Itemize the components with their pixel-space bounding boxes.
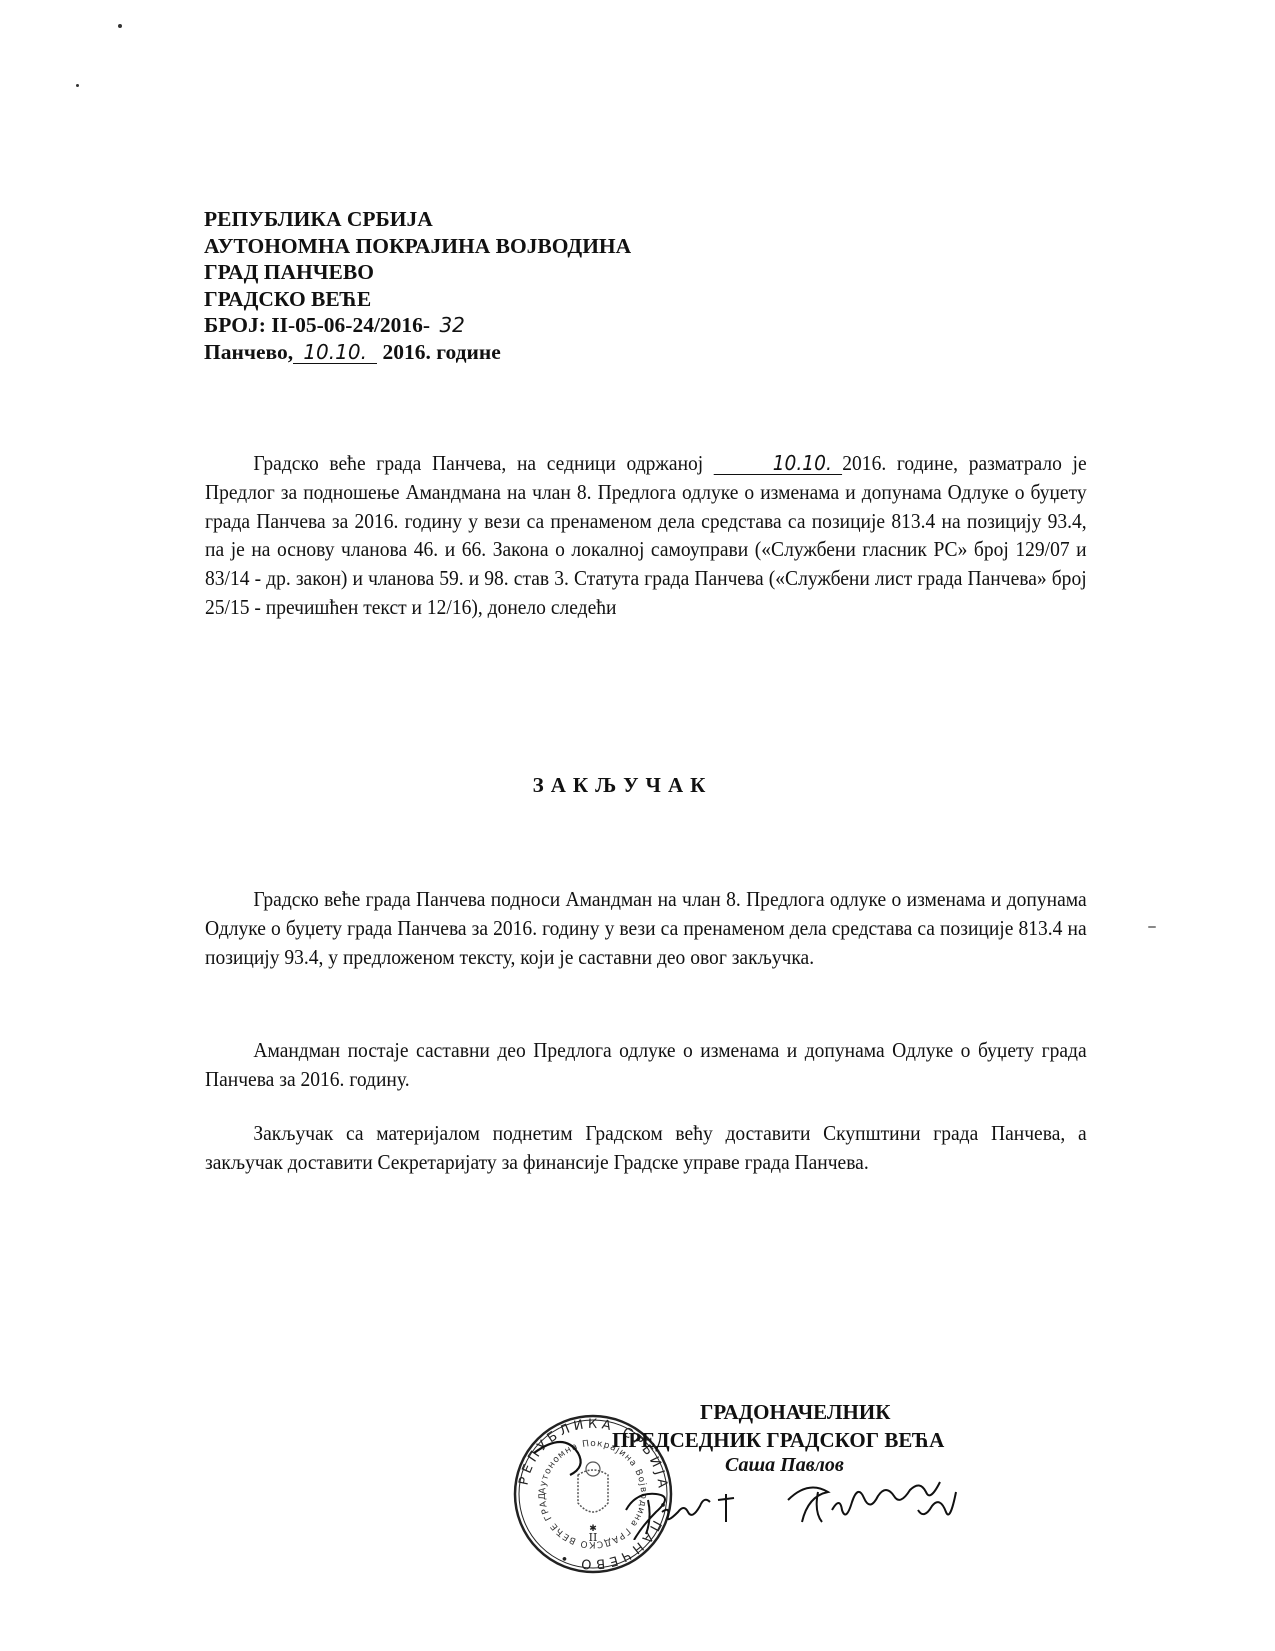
document-number-label: БРОЈ: II-05-06-24/2016- <box>204 313 430 337</box>
document-place-date: Панчево,10.10. 2016. године <box>204 339 631 366</box>
decision-title-text: ЗАКЉУЧАК <box>533 773 713 797</box>
header-line-city: ГРАД ПАНЧЕВО <box>204 259 631 286</box>
date-handwritten: 10.10. <box>293 341 377 364</box>
document-header: РЕПУБЛИКА СРБИЈА АУТОНОМНА ПОКРАЈИНА ВОЈ… <box>204 206 631 366</box>
amendment-paragraph-text: Амандман постаје саставни део Предлога о… <box>205 1036 1087 1094</box>
decision-paragraph-text: Градско веће града Панчева подноси Аманд… <box>205 885 1087 971</box>
document-number: БРОЈ: II-05-06-24/2016- 32 <box>204 312 631 339</box>
amendment-paragraph: Амандман постаје саставни део Предлога о… <box>205 1036 1087 1094</box>
date-suffix: 2016. године <box>383 340 501 364</box>
scan-speck <box>1148 926 1156 928</box>
document-number-handwritten: 32 <box>439 312 464 339</box>
decision-title: ЗАКЉУЧАК <box>0 773 1275 798</box>
header-line-province: АУТОНОМНА ПОКРАЈИНА ВОЈВОДИНА <box>204 233 631 260</box>
delivery-paragraph-text: Закључак са материјалом поднетим Градско… <box>205 1119 1087 1177</box>
preamble-text-rest: 2016. године, разматрало је Предлог за п… <box>205 451 1087 619</box>
preamble-text-start: Градско веће града Панчева, на седници о… <box>253 451 703 475</box>
session-date-handwritten: 10.10. <box>714 452 842 475</box>
mayor-title: ГРАДОНАЧЕЛНИК <box>700 1400 890 1425</box>
handwritten-signature-icon <box>618 1470 998 1540</box>
header-line-council: ГРАДСКО ВЕЋЕ <box>204 286 631 313</box>
delivery-paragraph: Закључак са материјалом поднетим Градско… <box>205 1119 1087 1177</box>
preamble-paragraph: Градско веће града Панчева, на седници о… <box>205 449 1087 622</box>
header-line-republic: РЕПУБЛИКА СРБИЈА <box>204 206 631 233</box>
decision-paragraph: Градско веће града Панчева подноси Аманд… <box>205 885 1087 971</box>
scan-speck <box>76 84 79 87</box>
svg-text:✱: ✱ <box>589 1524 597 1534</box>
scan-speck <box>118 24 122 28</box>
place-label: Панчево, <box>204 340 293 364</box>
council-president-title: ПРЕДСЕДНИК ГРАДСКОГ ВЕЋА <box>612 1428 944 1453</box>
